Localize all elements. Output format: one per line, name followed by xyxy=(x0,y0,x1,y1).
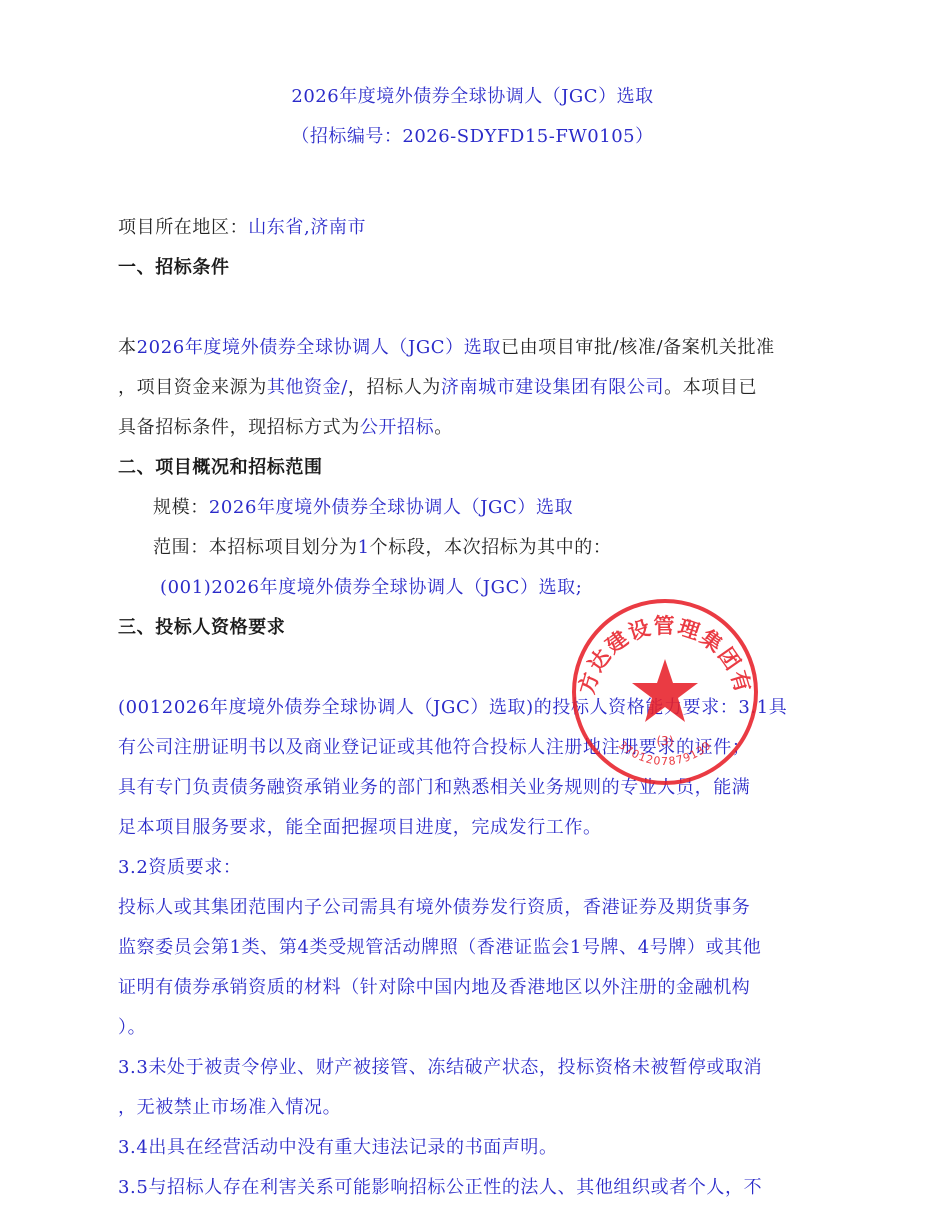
document-title: 2026年度境外债券全球协调人（JGC）选取 xyxy=(0,82,945,108)
section-2-heading: 二、项目概况和招标范围 xyxy=(118,456,323,480)
location-value: 山东省,济南市 xyxy=(248,217,366,238)
qualification-line: ，无被禁止市场准入情况。 xyxy=(118,1096,341,1120)
qualification-line: (0012026年度境外债券全球协调人（JGC）选取)的投标人资格能力要求：3.… xyxy=(118,696,787,720)
text-run: 。 xyxy=(434,417,453,438)
qualification-line: 具有专门负责债务融资承销业务的部门和熟悉相关业务规则的专业人员，能满 xyxy=(118,776,750,800)
scale-line: 规模：2026年度境外债券全球协调人（JGC）选取 xyxy=(153,496,573,520)
scale-label: 规模： xyxy=(153,497,209,518)
scope-rest: 个标段，本次招标为其中的： xyxy=(370,537,612,558)
text-run: ，项目资金来源为 xyxy=(118,377,267,398)
section-1-line-2: ，项目资金来源为其他资金/，招标人为济南城市建设集团有限公司。本项目已 xyxy=(118,376,757,400)
scope-line: 范围：本招标项目划分为1个标段，本次招标为其中的： xyxy=(153,536,611,560)
document-page: 2026年度境外债券全球协调人（JGC）选取 （招标编号：2026-SDYFD1… xyxy=(0,0,945,1222)
qualification-line: 足本项目服务要求，能全面把握项目进度，完成发行工作。 xyxy=(118,816,602,840)
section-1-line-3: 具备招标条件，现招标方式为公开招标。 xyxy=(118,416,453,440)
text-run: 。本项目已 xyxy=(664,377,757,398)
lot-count: 1 xyxy=(358,537,370,558)
text-run: ，招标人为 xyxy=(348,377,441,398)
qualification-line: 有公司注册证明书以及商业登记证或其他符合投标人注册地注册要求的证件； xyxy=(118,736,750,760)
text-run: 具备招标条件，现招标方式为 xyxy=(118,417,360,438)
seal-org-text: 山东易方达建设管理集团有限公司 xyxy=(565,597,755,697)
section-3-heading: 三、投标人资格要求 xyxy=(118,616,285,640)
qualification-line: 3.2资质要求： xyxy=(118,856,241,880)
qualification-line: 投标人或其集团范围内子公司需具有境外债券发行资质，香港证券及期货事务 xyxy=(118,896,750,920)
scale-value: 2026年度境外债券全球协调人（JGC）选取 xyxy=(209,497,573,518)
tender-number: （招标编号：2026-SDYFD15-FW0105） xyxy=(0,122,945,148)
fund-source: 其他资金/ xyxy=(267,377,348,398)
tenderer-name: 济南城市建设集团有限公司 xyxy=(441,377,664,398)
tender-method: 公开招标 xyxy=(360,417,434,438)
svg-text:山东易方达建设管理集团有限公司: 山东易方达建设管理集团有限公司 xyxy=(565,597,755,697)
scope-label: 范围：本招标项目划分为 xyxy=(153,537,358,558)
text-run: 已由项目审批/核准/备案机关批准 xyxy=(501,337,775,358)
location-label: 项目所在地区： xyxy=(118,217,248,238)
text-run: 本 xyxy=(118,337,137,358)
qualification-line: 3.5与招标人存在利害关系可能影响招标公正性的法人、其他组织或者个人，不 xyxy=(118,1176,762,1200)
qualification-line: 证明有债券承销资质的材料（针对除中国内地及香港地区以外注册的金融机构 xyxy=(118,976,750,1000)
qualification-line: 3.3未处于被责令停业、财产被接管、冻结破产状态，投标资格未被暂停或取消 xyxy=(118,1056,762,1080)
project-name-ref: 2026年度境外债券全球协调人（JGC）选取 xyxy=(137,337,501,358)
qualification-line: 3.4出具在经营活动中没有重大违法记录的书面声明。 xyxy=(118,1136,558,1160)
lot-item: (001)2026年度境外债券全球协调人（JGC）选取; xyxy=(160,576,582,600)
qualification-line: ）。 xyxy=(118,1016,146,1040)
section-1-line-1: 本2026年度境外债券全球协调人（JGC）选取已由项目审批/核准/备案机关批准 xyxy=(118,336,775,360)
section-1-heading: 一、招标条件 xyxy=(118,256,230,280)
qualification-line: 监察委员会第1类、第4类受规管活动牌照（香港证监会1号牌、4号牌）或其他 xyxy=(118,936,761,960)
project-location: 项目所在地区：山东省,济南市 xyxy=(118,216,366,240)
